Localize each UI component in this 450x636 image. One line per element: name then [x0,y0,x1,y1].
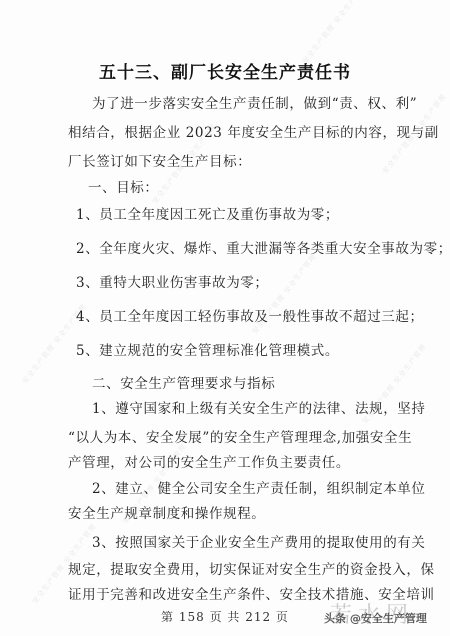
document-title: 五十三、副厂长安全生产责任书 [0,58,450,83]
requirement-line: 2、建立、健全公司安全生产责任制，组织制定本单位 [92,481,426,497]
intro-line: 厂长签订如下安全生产目标： [68,154,251,170]
section-heading-goals: 一、目标： [88,180,159,196]
goal-item: 5、建立规范的安全管理标准化管理模式。 [76,343,339,359]
requirement-line: 规定，提取安全费用，切实保证对安全生产的资金投入，保 [68,562,435,578]
document-page: 安全生产管理 安全生产管理 安全生产管理 安全生产管理 安全生产管理 安全生产管… [0,0,450,636]
requirement-line: 产管理，对公司的安全生产工作负主要责任。 [68,455,350,471]
section-heading-requirements: 二、安全生产管理要求与指标 [92,376,275,392]
site-watermark-logo: 若水网 头条 @安全生产管理 [324,598,436,634]
goal-item: 1、员工全年度因工死亡及重伤事故为零； [76,207,339,223]
requirement-line: “以人为本、安全发展”的安全生产管理理念,加强安全生 [68,430,412,446]
intro-line: 为了进一步落实安全生产责任制，做到“责、权、利” [92,96,417,112]
requirement-line: 3、按照国家关于企业安全生产费用的提取使用的有关 [92,535,426,551]
goal-item: 3、重特大职业伤害事故为零； [76,275,269,291]
account-watermark-text: 头条 @安全生产管理 [324,610,427,626]
goal-item: 2、全年度火灾、爆炸、重大泄漏等各类重大安全事故为零； [76,241,450,257]
goal-item: 4、员工全年度因工轻伤事故及一般性事故不超过三起； [76,309,424,325]
requirement-line: 安全生产规章制度和操作规程。 [68,506,265,522]
intro-line: 相结合，根据企业 2023 年度安全生产目标的内容，现与副 [68,125,439,141]
requirement-line: 1、遵守国家和上级有关安全生产的法律、法规，坚持 [92,401,426,417]
